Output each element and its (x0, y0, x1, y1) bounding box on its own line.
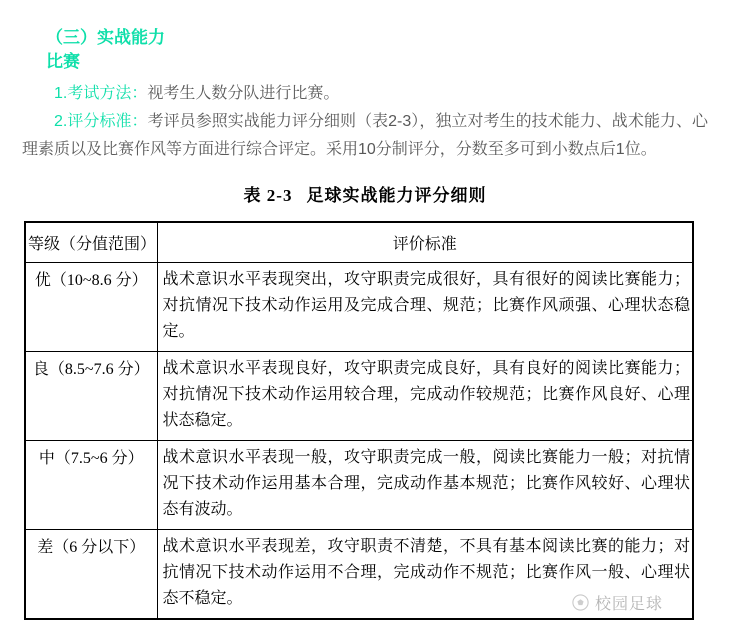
column-header-criteria: 评价标准 (157, 222, 693, 262)
document-content: （三）实战能力 比赛 1.考试方法：视考生人数分队进行比赛。 2.评分标准：考评… (0, 0, 732, 620)
table-row: 中（7.5~6 分） 战术意识水平表现一般，攻守职责完成一般，阅读比赛能力一般；… (25, 440, 693, 529)
subsection-heading: 比赛 (46, 50, 708, 73)
paragraph-exam-method-text: 视考生人数分队进行比赛。 (147, 85, 339, 102)
grade-cell-good: 良（8.5~7.6 分） (25, 351, 157, 440)
grade-cell-poor: 差（6 分以下） (25, 529, 157, 619)
criteria-cell-medium: 战术意识水平表现一般，攻守职责完成一般，阅读比赛能力一般；对抗情况下技术动作运用… (157, 440, 693, 529)
grade-cell-excellent: 优（10~8.6 分） (25, 262, 157, 351)
document-page: （三）实战能力 比赛 1.考试方法：视考生人数分队进行比赛。 2.评分标准：考评… (0, 0, 732, 635)
grade-cell-medium: 中（7.5~6 分） (25, 440, 157, 529)
table-row: 良（8.5~7.6 分） 战术意识水平表现良好，攻守职责完成良好，具有良好的阅读… (25, 351, 693, 440)
table-caption-number: 表 2-3 (244, 186, 293, 205)
criteria-cell-good: 战术意识水平表现良好，攻守职责完成良好，具有良好的阅读比赛能力；对抗情况下技术动… (157, 351, 693, 440)
paragraph-scoring-standard: 2.评分标准：考评员参照实战能力评分细则（表2-3），独立对考生的技术能力、战术… (22, 108, 708, 164)
paragraph-exam-method: 1.考试方法：视考生人数分队进行比赛。 (22, 80, 708, 108)
table-caption: 表 2-3足球实战能力评分细则 (22, 181, 708, 206)
table-header-row: 等级（分值范围） 评价标准 (25, 222, 693, 262)
paragraph-exam-method-label: 1.考试方法： (54, 85, 147, 102)
table-caption-title: 足球实战能力评分细则 (306, 186, 486, 205)
scoring-rubric-table: 等级（分值范围） 评价标准 优（10~8.6 分） 战术意识水平表现突出，攻守职… (24, 221, 694, 620)
column-header-grade: 等级（分值范围） (25, 222, 157, 262)
table-row: 优（10~8.6 分） 战术意识水平表现突出，攻守职责完成很好，具有很好的阅读比… (25, 262, 693, 351)
paragraph-scoring-standard-label: 2.评分标准： (54, 113, 148, 130)
table-row: 差（6 分以下） 战术意识水平表现差，攻守职责不清楚，不具有基本阅读比赛的能力；… (25, 529, 693, 619)
section-heading: （三）实战能力 (46, 26, 708, 49)
criteria-cell-poor: 战术意识水平表现差，攻守职责不清楚，不具有基本阅读比赛的能力；对抗情况下技术动作… (157, 529, 693, 619)
criteria-cell-excellent: 战术意识水平表现突出，攻守职责完成很好，具有很好的阅读比赛能力；对抗情况下技术动… (157, 262, 693, 351)
